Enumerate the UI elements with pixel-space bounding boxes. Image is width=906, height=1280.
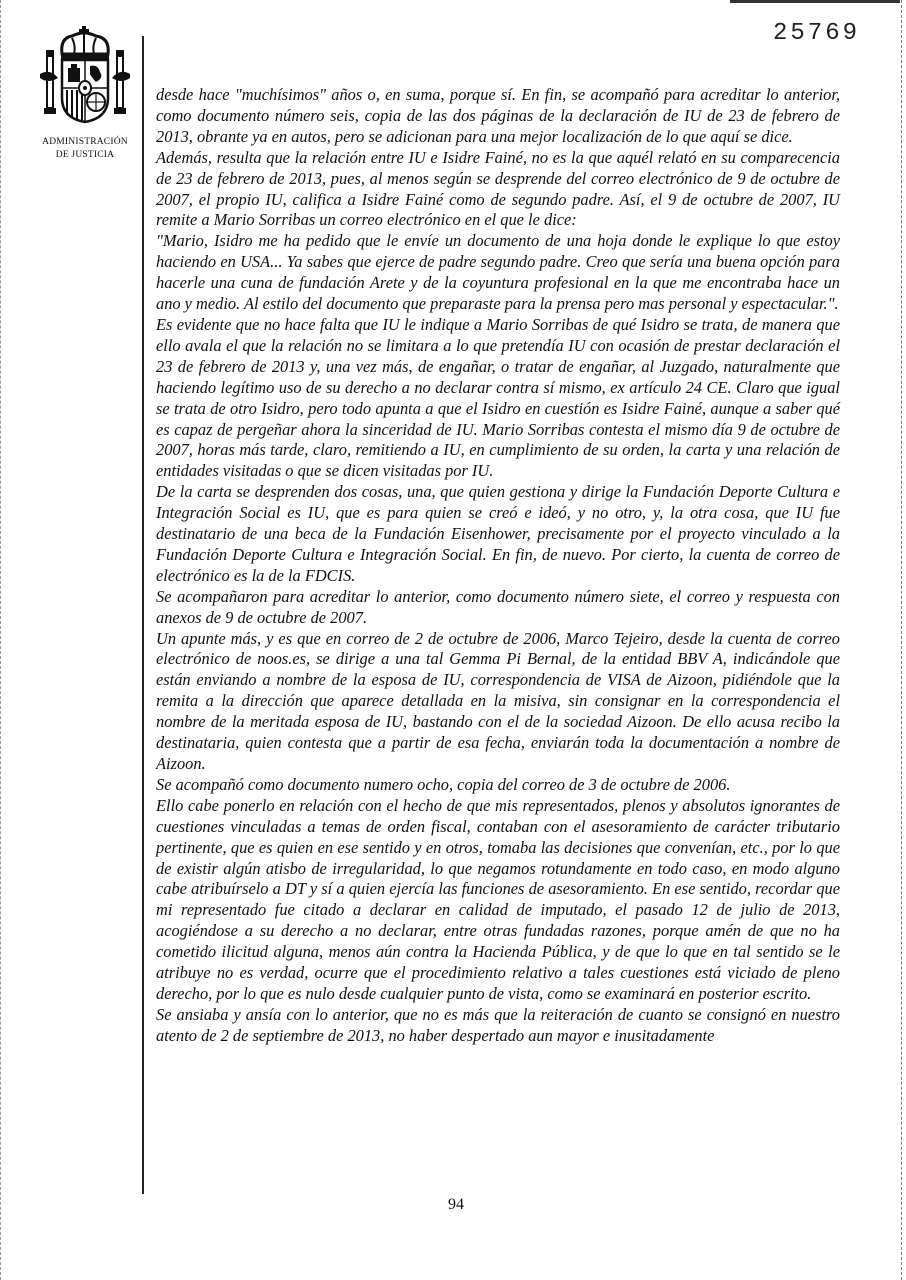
scan-edge-right xyxy=(899,0,902,1280)
document-body: desde hace "muchísimos" años o, en suma,… xyxy=(156,85,840,1047)
scan-edge-left xyxy=(0,0,4,1280)
scan-edge-top xyxy=(730,0,900,3)
coat-of-arms-icon xyxy=(36,26,134,130)
paragraph: Un apunte más, y es que en correo de 2 d… xyxy=(156,629,840,775)
margin-rule xyxy=(142,36,144,1194)
paragraph: Se acompañó como documento numero ocho, … xyxy=(156,775,840,796)
stamp-number: 25769 xyxy=(773,20,860,47)
institution-name-line2: DE JUSTICIA xyxy=(30,149,140,162)
paragraph: desde hace "muchísimos" años o, en suma,… xyxy=(156,85,840,148)
paragraph: Es evidente que no hace falta que IU le … xyxy=(156,315,840,482)
paragraph: De la carta se desprenden dos cosas, una… xyxy=(156,482,840,587)
institution-name: ADMINISTRACIÓN DE JUSTICIA xyxy=(30,136,140,162)
page-number: 94 xyxy=(448,1196,464,1214)
paragraph: Se ansiaba y ansía con lo anterior, que … xyxy=(156,1005,840,1047)
paragraph: Además, resulta que la relación entre IU… xyxy=(156,148,840,232)
paragraph: Ello cabe ponerlo en relación con el hec… xyxy=(156,796,840,1005)
institution-name-line1: ADMINISTRACIÓN xyxy=(30,136,140,149)
quoted-email: "Mario, Isidro me ha pedido que le envíe… xyxy=(156,231,840,315)
paragraph: Se acompañaron para acreditar lo anterio… xyxy=(156,587,840,629)
